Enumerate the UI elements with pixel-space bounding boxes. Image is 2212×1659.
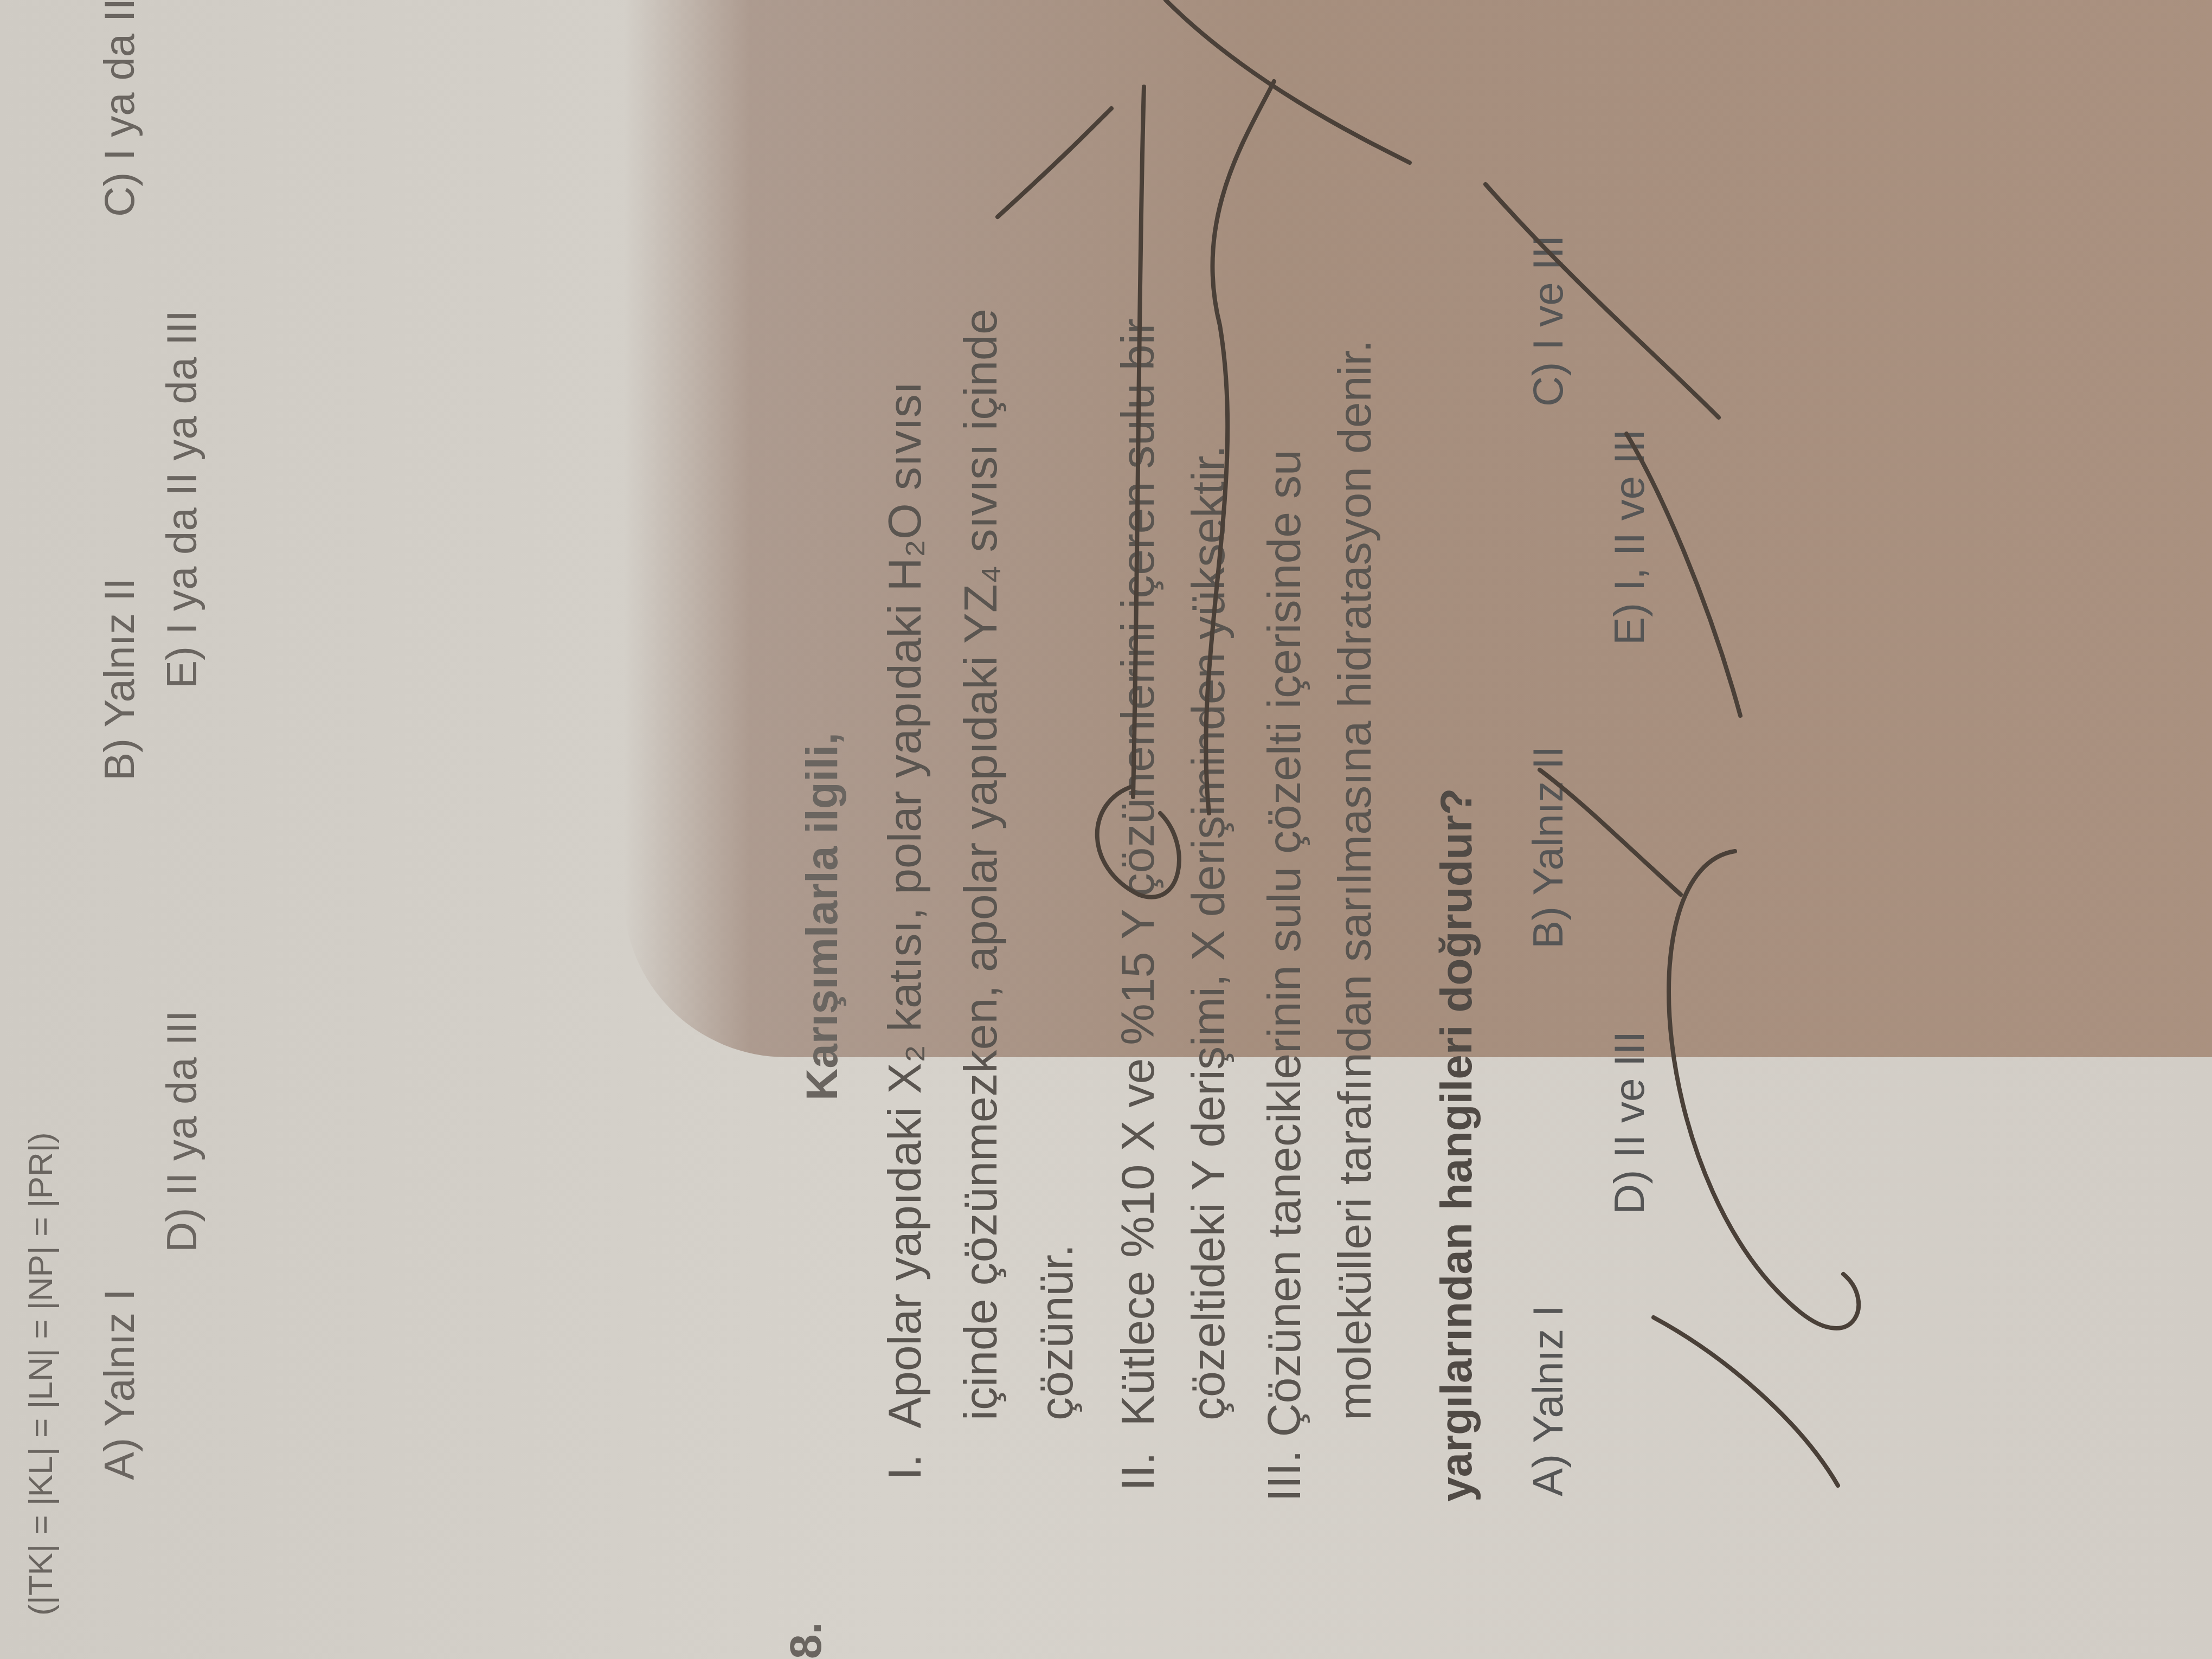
statement-2-line-2: çözeltideki Y derişimi, X derişiminden y… [1182, 445, 1236, 1420]
prev-option-e[interactable]: E) I ya da II ya da III [157, 310, 207, 689]
statement-1-line-2: içinde çözünmezken, apolar yapıdaki YZ₄ … [954, 308, 1008, 1420]
option-e[interactable]: E) I, II ve III [1605, 429, 1654, 645]
statement-2-line-1: II. Kütlece %10 X ve %15 Y çözünenlerini… [1111, 319, 1165, 1491]
statement-3-line-2: molekülleri tarafından sarılmasına hidra… [1328, 340, 1382, 1420]
prev-option-c[interactable]: C) I ya da II [95, 0, 144, 217]
exam-page: (|TK| = |KL| = |LN| = |NP| = |PR|) A) Ya… [0, 0, 2212, 1659]
prev-option-b[interactable]: B) Yalnız II [95, 578, 144, 781]
statement-3-line-1: III. Çözünen taneciklerinin sulu çözelti… [1258, 449, 1311, 1502]
option-d[interactable]: D) II ve III [1605, 1031, 1654, 1214]
option-b[interactable]: B) Yalnız II [1523, 746, 1573, 949]
option-a[interactable]: A) Yalnız I [1523, 1305, 1573, 1496]
option-c[interactable]: C) I ve III [1523, 235, 1573, 407]
statement-1-line-3: çözünür. [1030, 1244, 1084, 1420]
question-prompt: yargılarından hangileri doğrudur? [1431, 788, 1482, 1502]
prev-option-a[interactable]: A) Yalnız I [95, 1289, 144, 1480]
statement-1-line-1: I. Apolar yapıdaki X₂ katısı, polar yapı… [878, 381, 932, 1480]
question-title: Karışımlarla ilgili, [797, 732, 848, 1101]
previous-given: (|TK| = |KL| = |LN| = |NP| = |PR|) [22, 1132, 60, 1616]
question-number: 8. [781, 1622, 832, 1659]
prev-option-d[interactable]: D) II ya da III [157, 1011, 207, 1253]
